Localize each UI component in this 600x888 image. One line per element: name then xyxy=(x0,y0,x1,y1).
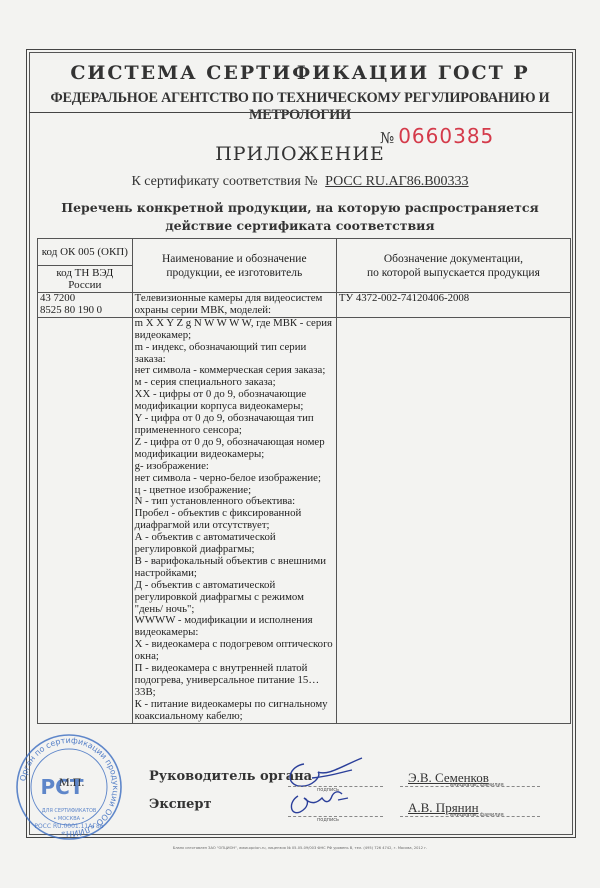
product-detail-line: m - индекс, обозначающий тип серии заказ… xyxy=(135,342,334,366)
list-heading-line2: действие сертификата соответствия xyxy=(0,217,600,235)
row-docs-empty xyxy=(336,317,570,723)
product-detail-line: В - варифокальный объектив с внешними на… xyxy=(135,556,334,580)
header-code-okp: код ОК 005 (ОКП) xyxy=(38,239,133,266)
header-divider xyxy=(29,112,573,113)
header-product: Наименование и обозначение продукции, ее… xyxy=(132,239,336,293)
expert-signature-icon xyxy=(291,792,348,813)
head-name-caption: инициалы, фамилия xyxy=(450,782,504,788)
product-detail-line: К - питание видеокамеры по сигнальному к… xyxy=(135,699,334,723)
product-detail-line: g- изображение: xyxy=(135,461,334,473)
product-detail-line: нет символа - черно-белое изображение; xyxy=(135,473,334,485)
appendix-title: ПРИЛОЖЕНИЕ xyxy=(0,143,600,165)
list-heading: Перечень конкретной продукции, на котору… xyxy=(0,199,600,235)
row-docs: ТУ 4372-002-74120406-2008 xyxy=(336,293,570,318)
certificate-reference: К сертификату соответствия № РОСС RU.АГ8… xyxy=(0,174,600,190)
product-detail-line: XX - цифры от 0 до 9, обозначающие модиф… xyxy=(135,389,334,413)
header-product-line2: продукции, ее изготовитель xyxy=(135,266,334,280)
agency-name: ФЕДЕРАЛЬНОЕ АГЕНТСТВО ПО ТЕХНИЧЕСКОМУ РЕ… xyxy=(29,90,571,124)
product-detail-line: WWWW - модификации и исполнения видеокам… xyxy=(135,615,334,639)
row-product: Телевизионные камеры для видеосистем охр… xyxy=(132,293,336,318)
list-heading-line1: Перечень конкретной продукции, на котору… xyxy=(0,199,600,217)
certificate-number: РОСС RU.АГ86.В00333 xyxy=(325,174,468,189)
product-detail-line: Y - цифра от 0 до 9, обозначающая тип пр… xyxy=(135,413,334,437)
product-detail-line: Х - видеокамера с подогревом оптического… xyxy=(135,639,334,663)
header-docs: Обозначение документации, по которой вып… xyxy=(336,239,570,293)
product-detail-line: Z - цифра от 0 до 9, обозначающая номер … xyxy=(135,437,334,461)
product-detail-line: Пробел - объектив с фиксированной диафра… xyxy=(135,508,334,532)
row-codes-empty xyxy=(38,317,133,723)
expert-label: Эксперт xyxy=(149,797,212,812)
expert-signature-caption: подпись xyxy=(317,817,339,823)
products-table: код ОК 005 (ОКП) Наименование и обозначе… xyxy=(37,238,571,724)
header-docs-line2: по которой выпускается продукция xyxy=(339,266,568,280)
header-product-line1: Наименование и обозначение xyxy=(135,252,334,266)
table-row: 43 7200 8525 80 190 0 Телевизионные каме… xyxy=(38,293,571,318)
row-product-details: m X X Y Z g N W W W W, где МВК - серия в… xyxy=(132,317,336,723)
stamp-city: • МОСКВА • xyxy=(53,816,84,822)
head-signature-caption: подпись xyxy=(317,787,339,793)
header-code-tnved: код ТН ВЭД России xyxy=(38,266,133,293)
seal-place-label: М.П. xyxy=(59,775,84,790)
stamp-inner-text: ДЛЯ СЕРТИФИКАТОВ xyxy=(42,808,97,814)
table-row: m X X Y Z g N W W W W, где МВК - серия в… xyxy=(38,317,571,723)
product-detail-line: Д - объектив с автоматической регулировк… xyxy=(135,580,334,616)
product-detail-line: П - видеокамера с внутренней платой подо… xyxy=(135,663,334,699)
row-codes: 43 7200 8525 80 190 0 xyxy=(38,293,133,318)
product-detail-line: m X X Y Z g N W W W W, где МВК - серия в… xyxy=(135,318,334,342)
stamp-reg: РОСС RU.0001.11АГ86 xyxy=(34,823,103,830)
expert-name-caption: инициалы, фамилия xyxy=(450,812,504,818)
system-title: СИСТЕМА СЕРТИФИКАЦИИ ГОСТ Р xyxy=(29,62,571,84)
certificate-label: К сертификату соответствия № xyxy=(131,174,317,189)
product-detail-line: А - объектив с автоматической регулировк… xyxy=(135,532,334,556)
footer-note: Бланк изготовлен ЗАО "ОПЦИОН", www.opcio… xyxy=(0,846,600,850)
code-tnved-value: 8525 80 190 0 xyxy=(40,305,130,317)
header-docs-line1: Обозначение документации, xyxy=(339,252,568,266)
head-signature-icon xyxy=(290,758,362,786)
